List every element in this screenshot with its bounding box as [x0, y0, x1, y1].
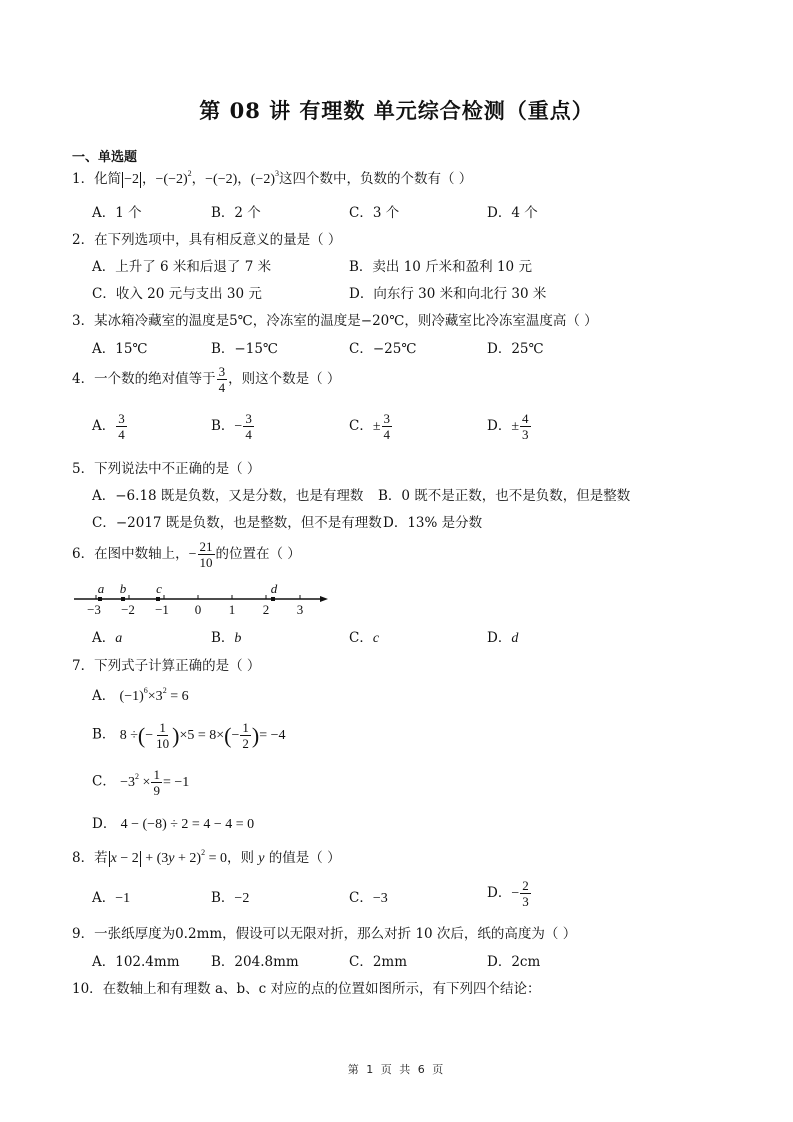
option-d[interactable]: D．13% 是分数	[383, 511, 482, 531]
question-6: 6．在图中数轴上，−2110的位置在（ ）	[72, 539, 301, 570]
question-10: 10．在数轴上和有理数 a、b、c 对应的点的位置如图所示，有下列四个结论：	[72, 977, 541, 997]
question-1: 1．化简−2，−(−2)2，−(−2)，(−2)3这四个数中，负数的个数有（ ）	[72, 167, 472, 188]
number-line-figure: −3−2−1 0123 abcd	[72, 578, 334, 622]
svg-text:b: b	[120, 581, 127, 596]
option-d[interactable]: D．−23	[487, 878, 532, 909]
question-8: 8．若x − 2 + (3y + 2)2 = 0，则 y 的值是（ ）	[72, 846, 341, 867]
option-a[interactable]: A．−1	[92, 886, 130, 907]
question-5: 5．下列说法中不正确的是（ ）	[72, 457, 260, 477]
fraction: 2110	[198, 539, 215, 570]
document-title: 第 08 讲 有理数 单元综合检测（重点）	[0, 95, 793, 125]
option-b[interactable]: B．−34	[211, 411, 255, 442]
svg-text:−3: −3	[87, 602, 101, 617]
option-b[interactable]: B．−15℃	[211, 337, 278, 357]
option-a[interactable]: A．上升了 6 米和后退了 7 米	[92, 255, 271, 275]
option-c[interactable]: C．−3	[349, 886, 388, 907]
math-abs-expr: −2	[121, 172, 142, 187]
option-b[interactable]: B．b	[211, 626, 241, 647]
question-number: 1．	[72, 171, 94, 187]
question-9: 9．一张纸厚度为0.2mm，假设可以无限对折，那么对折 10 次后，纸的高度为（…	[72, 922, 576, 942]
question-2: 2．在下列选项中，具有相反意义的量是（ ）	[72, 228, 341, 248]
fraction: 34	[217, 364, 228, 395]
option-c[interactable]: C．收入 20 元与支出 30 元	[92, 282, 262, 302]
option-b[interactable]: B． 8 ÷(−110)×5 = 8×(−12)= −4	[92, 720, 286, 751]
svg-text:−2: −2	[121, 602, 135, 617]
option-d[interactable]: D．2cm	[487, 950, 540, 970]
arrow-icon	[320, 596, 328, 602]
page-footer: 第 1 页 共 6 页	[0, 1061, 793, 1077]
math-expr: x − 2 + (3y + 2)2 = 0	[108, 851, 227, 866]
option-b[interactable]: B．卖出 10 斤米和盈利 10 元	[349, 255, 532, 275]
option-c[interactable]: C．3 个	[349, 201, 399, 221]
svg-text:2: 2	[263, 602, 270, 617]
option-a[interactable]: A． (−1)6×32 = 6	[92, 684, 189, 705]
option-c[interactable]: C．−2017 既是负数，也是整数，但不是有理数	[92, 511, 382, 531]
option-d[interactable]: D． 4 − (−8) ÷ 2 = 4 − 4 = 0	[92, 812, 254, 833]
option-c[interactable]: C．2mm	[349, 950, 407, 970]
section-heading: 一、单选题	[72, 146, 137, 165]
question-stem: 这四个数中，负数的个数有（ ）	[279, 171, 472, 187]
option-b[interactable]: B．0 既不是正数，也不是负数，但是整数	[378, 484, 630, 504]
option-c[interactable]: C．c	[349, 626, 379, 647]
question-3: 3．某冰箱冷藏室的温度是5℃，冷冻室的温度是−20℃，则冷藏室比冷冻室温度高（ …	[72, 309, 598, 329]
option-d[interactable]: D．±43	[487, 411, 532, 442]
option-a[interactable]: A．34	[92, 411, 128, 442]
option-a[interactable]: A．15℃	[92, 337, 148, 357]
math-expr: −(−2)2	[156, 172, 192, 187]
svg-text:−1: −1	[155, 602, 169, 617]
option-d[interactable]: D．4 个	[487, 201, 538, 221]
option-b[interactable]: B．−2	[211, 886, 249, 907]
svg-text:3: 3	[297, 602, 304, 617]
svg-text:c: c	[156, 581, 162, 596]
svg-text:a: a	[98, 581, 105, 596]
option-b[interactable]: B．204.8mm	[211, 950, 299, 970]
option-c[interactable]: C． −32 ×19= −1	[92, 767, 189, 798]
question-4: 4．一个数的绝对值等于34，则这个数是（ ）	[72, 364, 340, 395]
option-d[interactable]: D．d	[487, 626, 518, 647]
question-7: 7．下列式子计算正确的是（ ）	[72, 654, 260, 674]
option-d[interactable]: D．向东行 30 米和向北行 30 米	[349, 282, 546, 302]
option-c[interactable]: C．±34	[349, 411, 393, 442]
svg-text:1: 1	[229, 602, 236, 617]
option-a[interactable]: A．a	[92, 626, 122, 647]
math-expr: −(−2)	[205, 172, 237, 187]
option-c[interactable]: C．−25℃	[349, 337, 416, 357]
option-d[interactable]: D．25℃	[487, 337, 544, 357]
svg-text:0: 0	[195, 602, 202, 617]
svg-text:d: d	[271, 581, 278, 596]
math-expr: (−2)3	[251, 172, 279, 187]
option-a[interactable]: A．−6.18 既是负数，又是分数，也是有理数	[92, 484, 363, 504]
option-b[interactable]: B．2 个	[211, 201, 261, 221]
question-stem: 化简	[94, 171, 121, 187]
option-a[interactable]: A．102.4mm	[92, 950, 180, 970]
option-a[interactable]: A．1 个	[92, 201, 142, 221]
